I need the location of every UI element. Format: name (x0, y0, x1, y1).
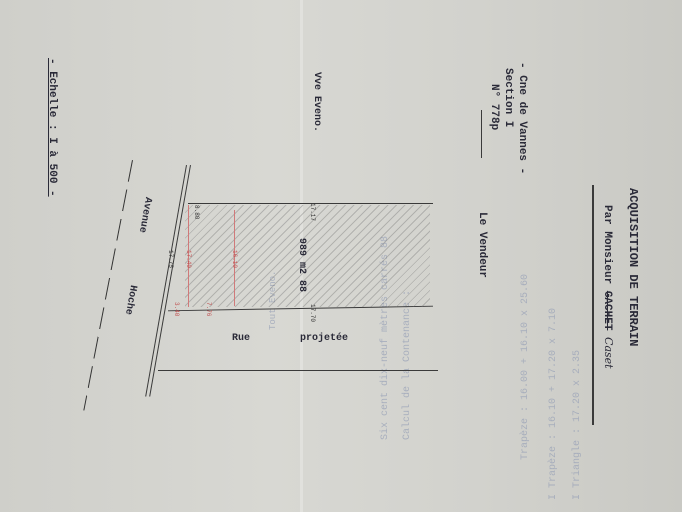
buyer-line: Par Monsieur GACHET Caset (601, 205, 615, 369)
parcel-number: N° 778p (488, 84, 500, 130)
street-label-1: Rue (232, 333, 250, 344)
section-label: Section I (502, 68, 514, 127)
buyer-handwritten-name: Caset (602, 337, 615, 369)
avenue-label-1: Avenue (136, 196, 153, 233)
buyer-struck-name: GACHET (601, 291, 613, 331)
title-underline (592, 185, 594, 425)
seller-label: Le Vendeur (476, 212, 488, 278)
dim-bottom-left: 3.40 (173, 302, 180, 316)
street-label-2: projetée (300, 333, 348, 344)
parcel-area: 989 m2 88 (296, 238, 307, 292)
ghost-text-5: I Triangle : 17.20 x 2.35 (572, 350, 583, 500)
avenue-far-edge-dashed (83, 160, 133, 411)
dim-left-red: 17.40 (185, 250, 192, 268)
document-title: ACQUISITION DE TERRAIN (626, 188, 640, 346)
avenue-label-2: Hoche (122, 284, 138, 315)
dim-bottom-mid: 7.76 (205, 302, 212, 316)
parcel-hatched-area (185, 205, 430, 307)
dim-bottom-right: 17.70 (309, 304, 316, 322)
scale-label: - Echelle : I à 500 - (46, 58, 58, 197)
commune-label: - Cne de Vannes - (516, 62, 528, 174)
ghost-text-3: Trapèze : 16.00 + 16.10 x 25.60 (520, 274, 531, 460)
owner-label: Vve Eveno. (311, 72, 322, 132)
ghost-text-4: I Trapèze : 16.10 + 17.20 x 7.10 (548, 308, 559, 500)
parcel-underline (481, 110, 482, 158)
street-lower-boundary (158, 370, 438, 371)
buyer-prefix: Par Monsieur (601, 205, 613, 284)
dim-top-right: 17.17 (309, 203, 316, 221)
dim-avenue-side: 17.75 (167, 250, 174, 268)
dim-mid-red: 16.10 (231, 250, 238, 268)
dim-top-left: 8.80 (193, 205, 200, 219)
ghost-text-2: Calcul de la Contenance : (402, 290, 413, 440)
